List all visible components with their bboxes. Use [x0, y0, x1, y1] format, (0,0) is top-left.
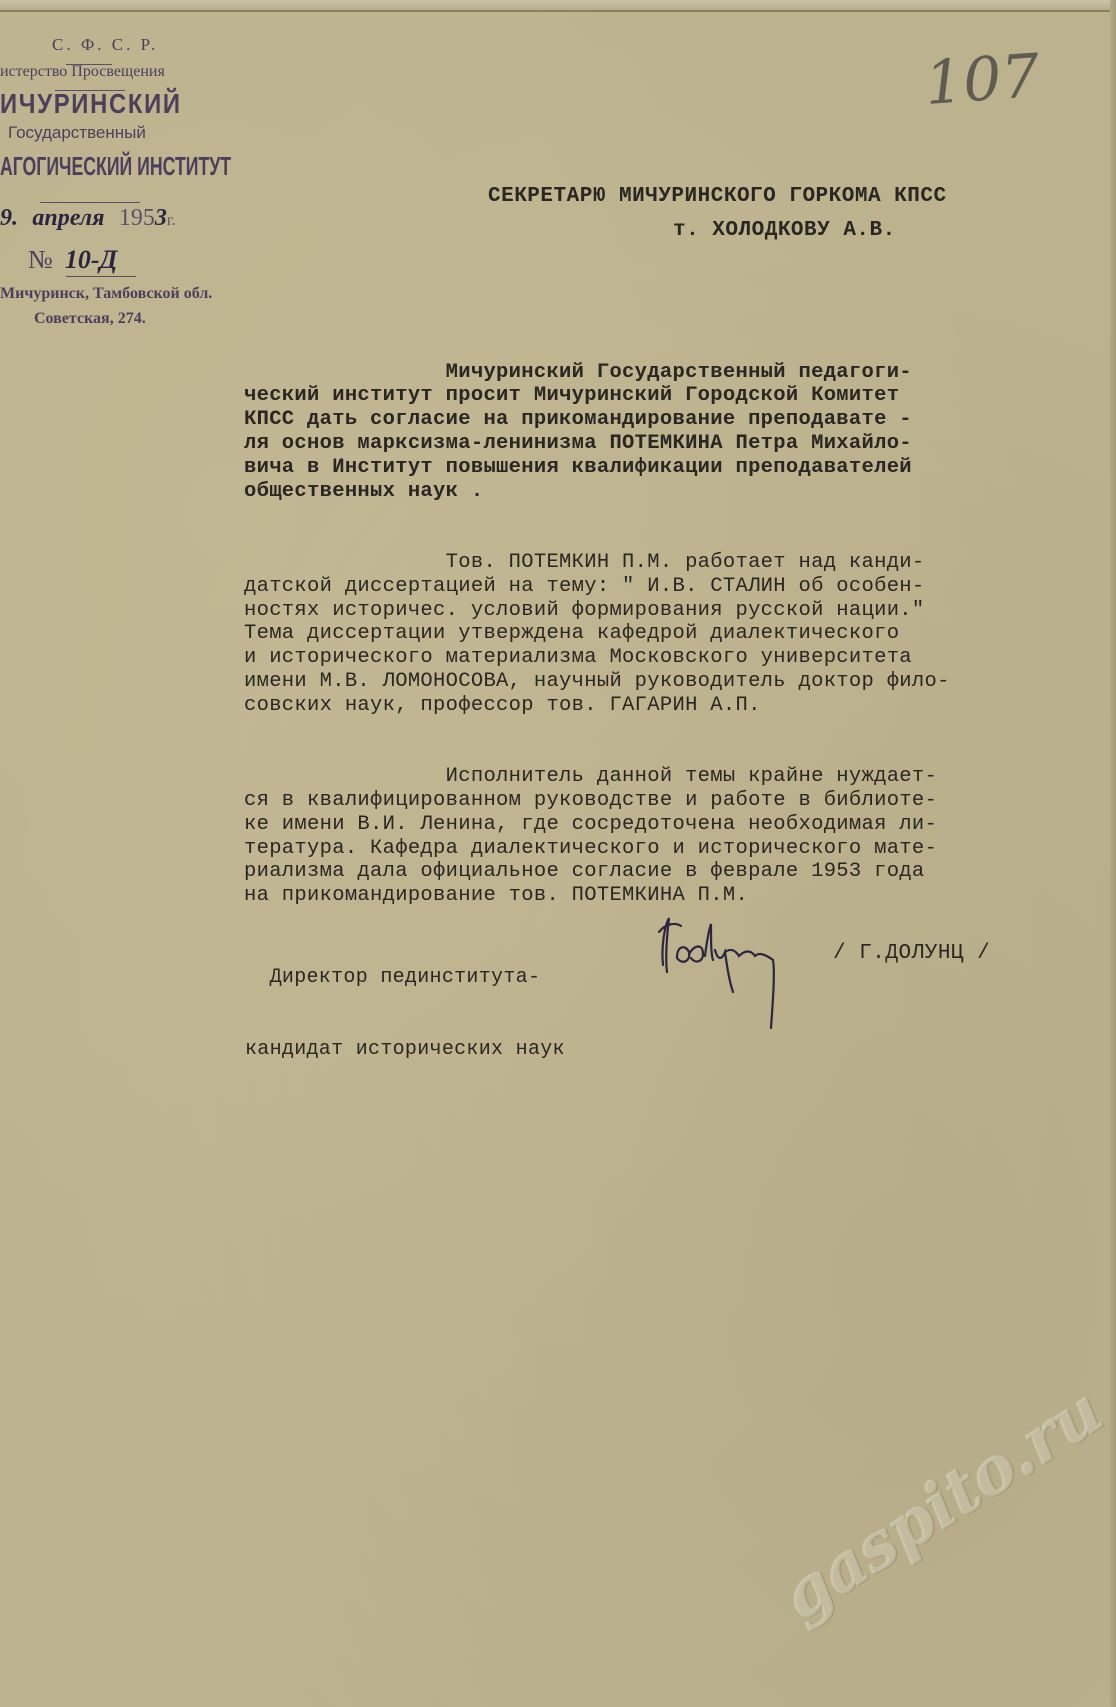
signatory-title-line2: кандидат исторических наук [245, 1038, 565, 1062]
stamp-date-year: 195 [119, 205, 155, 231]
letter-body: Мичуринский Государственный педагоги- че… [244, 313, 1074, 932]
stamp-number-value: 10-Д [65, 245, 117, 274]
archive-watermark: gaspito.ru [769, 1373, 1116, 1635]
paragraph-request: Мичуринский Государственный педагоги- че… [244, 361, 1074, 504]
stamp-number: №10-Д [28, 245, 117, 276]
paper-right-edge [1110, 0, 1116, 1707]
stamp-date-year-digit: 3 [155, 205, 167, 231]
stamp-rule [40, 202, 140, 203]
signatory-name: / Г.ДОЛУНЦ / [833, 942, 990, 965]
stamp-date: 9. апреля 1953г. [0, 205, 176, 233]
stamp-date-month: апреля [32, 205, 104, 231]
stamp-ministry: истерство Просвещения [0, 63, 165, 81]
stamp-republic: С. Ф. С. Р. [52, 35, 158, 55]
signatory-title: Директор пединститута- кандидат историче… [245, 918, 565, 1086]
stamp-number-label: № [28, 245, 53, 274]
addressee-line2: т. ХОЛОДКОВУ А.В. [488, 214, 947, 248]
addressee-block: СЕКРЕТАРЮ МИЧУРИНСКОГО ГОРКОМА КПСС т. Х… [488, 180, 947, 248]
stamp-institute-state: Государственный [8, 123, 146, 143]
stamp-institute-type: АГОГИЧЕСКИЙ ИНСТИТУТ [0, 151, 231, 182]
signature-icon [655, 910, 815, 1030]
stamp-address-line2: Советская, 274. [34, 310, 146, 328]
signatory-title-line1: Директор пединститута- [245, 966, 565, 990]
stamp-date-day: 9. [0, 205, 18, 231]
paper-top-edge [0, 0, 1116, 12]
addressee-line1: СЕКРЕТАРЮ МИЧУРИНСКОГО ГОРКОМА КПСС [488, 180, 947, 214]
stamp-rule [66, 276, 136, 277]
paragraph-dissertation: Тов. ПОТЕМКИН П.М. работает над канди- д… [244, 551, 1074, 718]
paragraph-justification: Исполнитель данной темы крайне нуждает- … [244, 765, 1074, 908]
stamp-date-suffix: г. [167, 212, 176, 229]
stamp-institute-city: ИЧУРИНСКИЙ [0, 88, 182, 120]
stamp-address-line1: Мичуринск, Тамбовской обл. [0, 285, 212, 303]
folio-number: 107 [923, 41, 1042, 119]
handwritten-signature [655, 910, 815, 1035]
